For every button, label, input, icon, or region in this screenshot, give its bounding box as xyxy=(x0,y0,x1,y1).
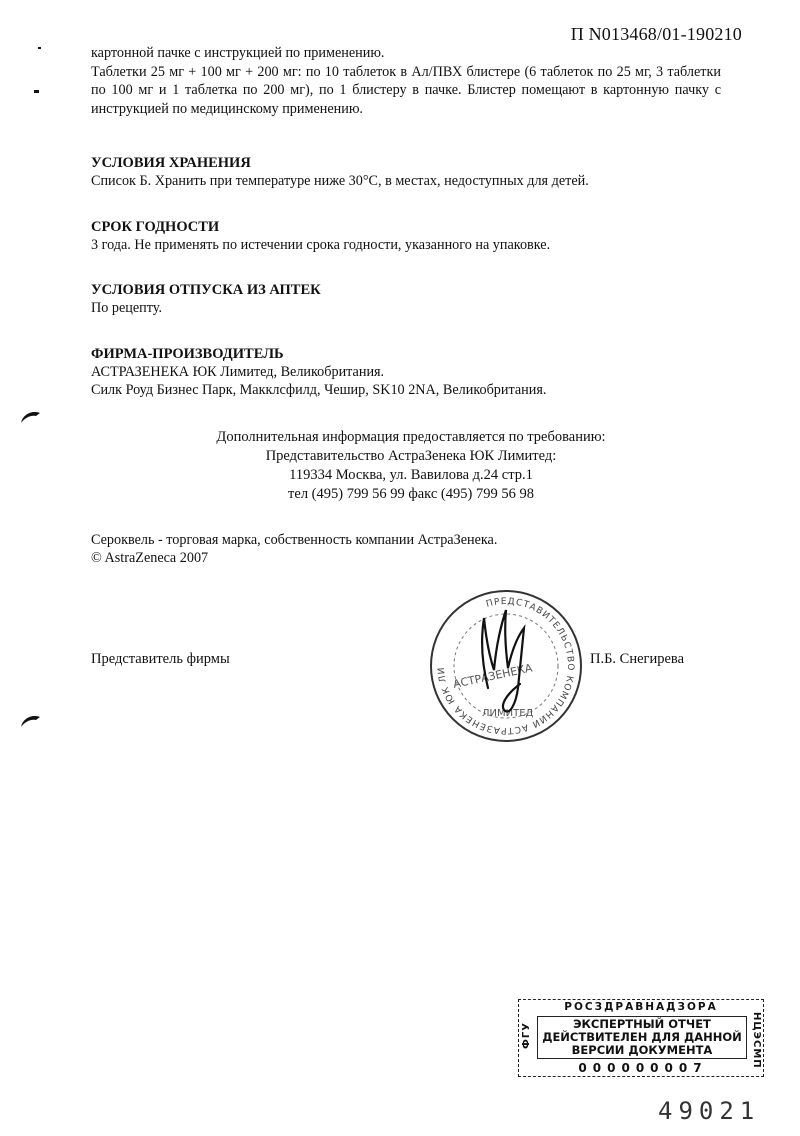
punch-hole-mark xyxy=(20,714,42,728)
trademark-line: Сероквель - торговая марка, собственност… xyxy=(91,531,721,550)
expert-report-stamp: РОСЗДРАВНАДЗОРА ФГУ НЦЭСМП ЭКСПЕРТНЫЙ ОТ… xyxy=(518,999,764,1077)
stamp-authority: РОСЗДРАВНАДЗОРА xyxy=(519,1001,763,1013)
representative-label: Представитель фирмы xyxy=(91,651,230,668)
punch-hole-mark xyxy=(20,410,42,424)
page-number: 49021 xyxy=(658,1097,760,1125)
contact-line: Представительство АстраЗенека ЮК Лимитед… xyxy=(101,447,721,466)
packaging-paragraph: Таблетки 25 мг + 100 мг + 200 мг: по 10 … xyxy=(91,63,721,119)
stamp-line: ВЕРСИИ ДОКУМЕНТА xyxy=(538,1044,746,1057)
section-title: УСЛОВИЯ ХРАНЕНИЯ xyxy=(91,154,721,172)
section-text: АСТРАЗЕНЕКА ЮК Лимитед, Великобритания. xyxy=(91,363,721,382)
svg-text:ЛИМИТЕД: ЛИМИТЕД xyxy=(482,708,534,719)
section-text: Силк Роуд Бизнес Парк, Макклсфилд, Чешир… xyxy=(91,381,721,400)
scan-mark xyxy=(34,90,39,93)
section-manufacturer: ФИРМА-ПРОИЗВОДИТЕЛЬ АСТРАЗЕНЕКА ЮК Лимит… xyxy=(91,345,721,400)
section-title: УСЛОВИЯ ОТПУСКА ИЗ АПТЕК xyxy=(91,281,721,299)
intro-line: картонной пачке с инструкцией по примене… xyxy=(91,44,721,63)
copyright-line: © AstraZeneca 2007 xyxy=(91,549,721,568)
section-text: По рецепту. xyxy=(91,299,721,318)
section-title: СРОК ГОДНОСТИ xyxy=(91,218,721,236)
contact-line: Дополнительная информация предоставляетс… xyxy=(101,428,721,447)
scan-mark xyxy=(38,47,41,49)
section-shelf-life: СРОК ГОДНОСТИ 3 года. Не применять по ис… xyxy=(91,218,721,255)
stamp-body: ЭКСПЕРТНЫЙ ОТЧЕТ ДЕЙСТВИТЕЛЕН ДЛЯ ДАННОЙ… xyxy=(537,1016,747,1059)
company-seal: ПРЕДСТАВИТЕЛЬСТВО КОМПАНИИ АСТРАЗЕНЕКА Ю… xyxy=(428,588,584,744)
contact-line: тел (495) 799 56 99 факс (495) 799 56 98 xyxy=(101,485,721,504)
document-number: П N013468/01-190210 xyxy=(571,24,742,45)
document-body: картонной пачке с инструкцией по примене… xyxy=(91,44,721,568)
stamp-serial: 000000007 xyxy=(539,1061,747,1075)
section-title: ФИРМА-ПРОИЗВОДИТЕЛЬ xyxy=(91,345,721,363)
section-text: 3 года. Не применять по истечении срока … xyxy=(91,236,721,255)
section-text: Список Б. Хранить при температуре ниже 3… xyxy=(91,172,721,191)
representative-name: П.Б. Снегирева xyxy=(590,651,684,668)
contact-line: 119334 Москва, ул. Вавилова д.24 стр.1 xyxy=(101,466,721,485)
stamp-side-left: ФГУ xyxy=(521,1022,532,1049)
signature-scribble xyxy=(482,610,524,711)
section-storage: УСЛОВИЯ ХРАНЕНИЯ Список Б. Хранить при т… xyxy=(91,154,721,191)
section-dispensing: УСЛОВИЯ ОТПУСКА ИЗ АПТЕК По рецепту. xyxy=(91,281,721,318)
stamp-side-right: НЦЭСМП xyxy=(751,1012,762,1069)
contact-info: Дополнительная информация предоставляетс… xyxy=(91,428,721,504)
trademark-notice: Сероквель - торговая марка, собственност… xyxy=(91,531,721,568)
